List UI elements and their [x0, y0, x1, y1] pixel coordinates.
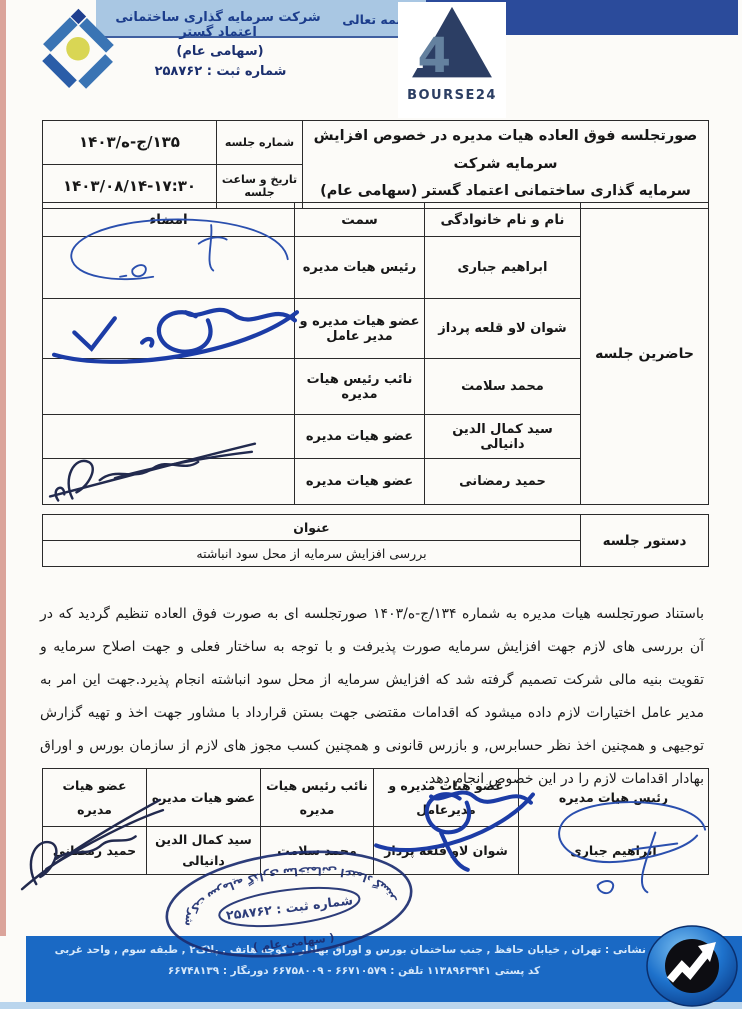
signer-role: عضو هیات مدیره [147, 769, 261, 827]
scan-edge-bottom [0, 1002, 742, 1009]
signer-role: عضو هیات مدیره [43, 769, 147, 827]
board-signatures-table: رئیس هیات مدیره عضو هیات مدیره و مدیرعام… [42, 768, 709, 875]
attendee-position: عضو هیات مدیره و مدیر عامل [295, 299, 425, 359]
footer-contact: کد پستی ۱۱۳۸۹۶۳۹۴۱ تلفن : ۶۶۷۱۰۵۷۹ - ۶۶۷… [26, 965, 742, 977]
signer-role: نائب رئیس هیات مدیره [261, 769, 374, 827]
registration-number: شماره ثبت : ۲۵۸۷۶۲ [128, 64, 313, 79]
agenda-group-label: دستور جلسه [581, 515, 709, 567]
company-name: شرکت سرمایه گذاری ساختمانی اعتماد گستر [102, 10, 334, 40]
scan-edge-left [0, 0, 6, 936]
signer-role: رئیس هیات مدیره [519, 769, 709, 827]
attendee-position: رئیس هیات مدیره [295, 237, 425, 299]
signer-name: سید کمال الدین دانیالی [147, 827, 261, 875]
footer-band: نشانی : تهران , خیابان حافظ , جنب ساختما… [26, 936, 742, 1002]
bourse24-triangle-icon: 2 4 [410, 5, 494, 83]
attendee-signature-cell [43, 299, 295, 359]
attendee-position: عضو هیات مدیره [295, 415, 425, 459]
bourse24-wordmark: BOURSE24 [398, 88, 506, 103]
stamp-registration-text: شماره ثبت : ۲۵۸۷۶۲ [225, 892, 353, 922]
header-band-light: شرکت سرمایه گذاری ساختمانی اعتماد گستر ب… [96, 0, 426, 38]
signer-name: ابراهیم جباری [519, 827, 709, 875]
attendees-table: حاضرین جلسه نام و نام خانوادگی سمت امضاء… [42, 202, 709, 505]
attendee-name: شوان لاو قلعه پرداز [425, 299, 581, 359]
session-number-label: شماره جلسه [217, 121, 303, 165]
company-type: (سهامی عام) [140, 44, 300, 59]
bourse24-logo: 2 4 BOURSE24 [398, 2, 506, 118]
footer-address: نشانی : تهران , خیابان حافظ , جنب ساختما… [26, 944, 742, 956]
column-header-signature: امضاء [43, 203, 295, 237]
signer-role: عضو هیات مدیره و مدیرعامل [374, 769, 519, 827]
column-header-position: سمت [295, 203, 425, 237]
resolution-paragraph: باستناد صورتجلسه هیات مدیره به شماره ۱۳۴… [40, 598, 704, 796]
attendee-position: عضو هیات مدیره [295, 459, 425, 505]
column-header-name: نام و نام خانوادگی [425, 203, 581, 237]
signer-name: محمد سلامت [261, 827, 374, 875]
meeting-title-line1: صورتجلسه فوق العاده هیات مدیره در خصوص ا… [307, 123, 704, 178]
agenda-table: دستور جلسه عنوان بررسی افزایش سرمایه از … [42, 514, 709, 567]
attendee-signature-cell [43, 459, 295, 505]
attendee-name: محمد سلامت [425, 359, 581, 415]
attendee-name: سید کمال الدین دانیالی [425, 415, 581, 459]
signer-name: شوان لاو قلعه پرداز [374, 827, 519, 875]
meeting-info-table: صورتجلسه فوق العاده هیات مدیره در خصوص ا… [42, 120, 709, 209]
attendee-position: نائب رئیس هیات مدیره [295, 359, 425, 415]
attendee-signature-cell [43, 237, 295, 299]
company-diamond-logo-icon [36, 4, 120, 102]
meeting-title: صورتجلسه فوق العاده هیات مدیره در خصوص ا… [303, 121, 709, 209]
document-page: شرکت سرمایه گذاری ساختمانی اعتماد گستر ب… [0, 0, 742, 1009]
attendee-name: ابراهیم جباری [425, 237, 581, 299]
attendees-group-label: حاضرین جلسه [581, 203, 709, 505]
agenda-column-header: عنوان [43, 515, 581, 541]
bourse24-footer-arrow-icon [644, 924, 740, 1008]
signer-name: حمید رمضانی [43, 827, 147, 875]
attendee-signature-cell [43, 359, 295, 415]
agenda-item: بررسی افزایش سرمایه از محل سود انباشته [43, 541, 581, 567]
logo-digit-4: 4 [417, 28, 451, 83]
attendee-signature-cell [43, 415, 295, 459]
attendee-name: حمید رمضانی [425, 459, 581, 505]
session-number-value: ۱۳۵/ج-ه/۱۴۰۳ [43, 121, 217, 165]
